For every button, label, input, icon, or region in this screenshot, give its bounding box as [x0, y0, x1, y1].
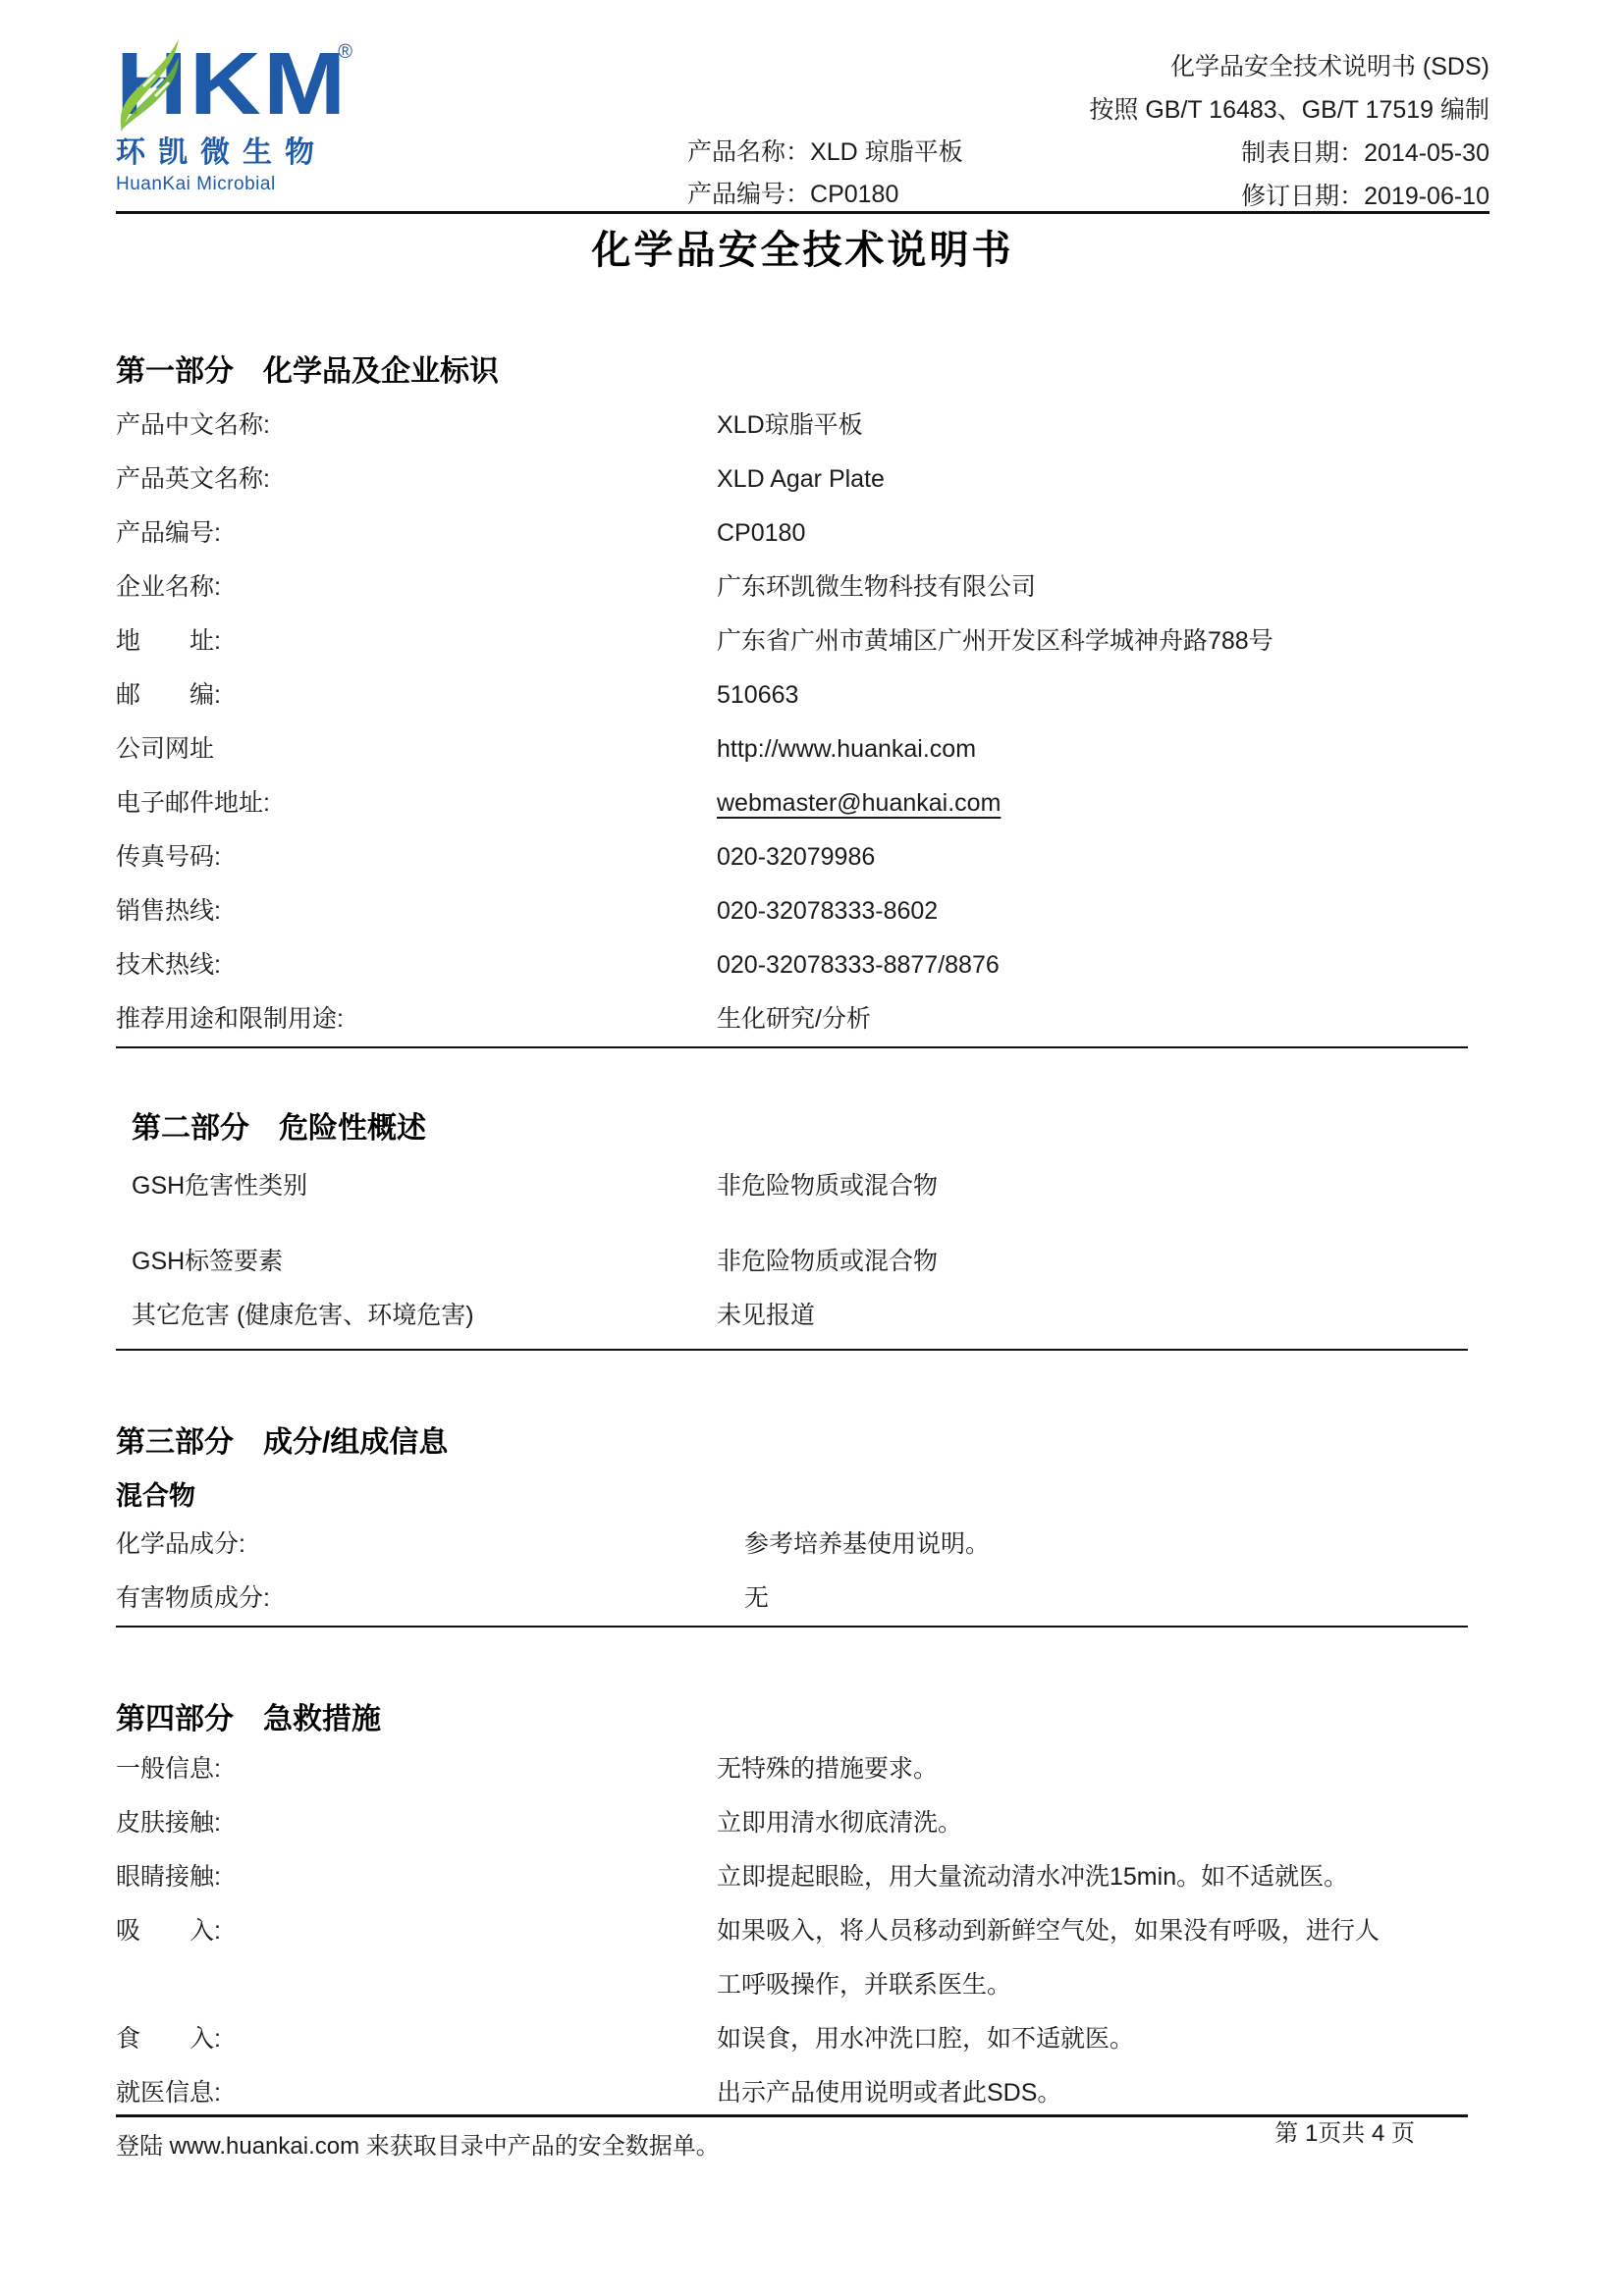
section-heading: 第二部分 危险性概述 [132, 1111, 1489, 1146]
website-link[interactable]: http://www.huankai.com [717, 722, 1489, 776]
field-label: 眼睛接触: [116, 1850, 717, 1904]
field-label: 产品英文名称: [116, 453, 717, 507]
field-label: 食 入: [116, 2012, 717, 2066]
field-label: 其它危害 (健康危害、环境危害) [132, 1289, 717, 1343]
logo-mark: HKM ® [116, 47, 323, 122]
page-title: 化学品安全技术说明书 [116, 228, 1489, 274]
field-value: 非危险物质或混合物 [717, 1235, 1489, 1289]
page-footer: 登陆 www.huankai.com 来获取目录中产品的安全数据单。 第 1页共… [116, 2114, 1489, 2161]
field-value: 020-32079986 [717, 830, 1489, 884]
section-rows: GSH危害性类别非危险物质或混合物 GSH标签要素非危险物质或混合物 其它危害 … [132, 1159, 1489, 1343]
registered-trademark-icon: ® [338, 41, 352, 64]
field-label: 吸 入: [116, 1904, 717, 1958]
company-logo: HKM ® 环凯微生物 HuanKai Microbial [116, 47, 430, 195]
field-value: CP0180 [717, 507, 1489, 561]
field-value: 生化研究/分析 [717, 992, 1489, 1046]
field-label: GSH标签要素 [132, 1235, 717, 1289]
field-row: 化学品成分:参考培养基使用说明。 [116, 1518, 1489, 1572]
field-row: 地 址:广东省广州市黄埔区广州开发区科学城神舟路788号 [116, 614, 1489, 668]
field-row: 公司网址http://www.huankai.com [116, 722, 1489, 776]
created-date-value: 2014-05-30 [1364, 139, 1489, 167]
field-label: 地 址: [116, 614, 717, 668]
field-label: GSH危害性类别 [132, 1159, 717, 1213]
field-label: 有害物质成分: [116, 1572, 744, 1626]
field-value: 非危险物质或混合物 [717, 1159, 1489, 1213]
field-value: XLD琼脂平板 [717, 399, 1489, 453]
field-value: 无特殊的措施要求。 [717, 1742, 1489, 1796]
field-value: 参考培养基使用说明。 [744, 1518, 1489, 1572]
section-identification: 第一部分 化学品及企业标识 产品中文名称:XLD琼脂平板 产品英文名称:XLD … [116, 354, 1489, 1048]
field-row: 销售热线:020-32078333-8602 [116, 884, 1489, 938]
field-value: 立即提起眼睑，用大量流动清水冲洗15min。如不适就医。 [717, 1850, 1489, 1904]
field-row: 其它危害 (健康危害、环境危害)未见报道 [132, 1289, 1489, 1343]
field-label: 皮肤接触: [116, 1796, 717, 1850]
doc-type: 化学品安全技术说明书 (SDS) [1089, 45, 1489, 88]
section-first-aid: 第四部分 急救措施 一般信息:无特殊的措施要求。 皮肤接触:立即用清水彻底清洗。… [116, 1702, 1489, 2120]
field-row: 眼睛接触:立即提起眼睑，用大量流动清水冲洗15min。如不适就医。 [116, 1850, 1489, 1904]
sds-page: HKM ® 环凯微生物 HuanKai Microbial 产品名称：XLD 琼… [0, 0, 1624, 2296]
field-label: 化学品成分: [116, 1518, 744, 1572]
section-hazards: 第二部分 危险性概述 GSH危害性类别非危险物质或混合物 GSH标签要素非危险物… [132, 1111, 1489, 1351]
section-subheading: 混合物 [116, 1481, 1489, 1512]
field-label: 推荐用途和限制用途: [116, 992, 717, 1046]
field-value: 如果吸入，将人员移动到新鲜空气处，如果没有呼吸，进行人 工呼吸操作，并联系医生。 [717, 1904, 1489, 2012]
field-value: 如误食，用水冲洗口腔，如不适就医。 [717, 2012, 1489, 2066]
header-product-block: 产品名称：XLD 琼脂平板 产品编号：CP0180 [687, 132, 963, 216]
field-label: 一般信息: [116, 1742, 717, 1796]
section-heading: 第四部分 急救措施 [116, 1702, 1489, 1736]
header-product-code: 产品编号：CP0180 [687, 174, 963, 216]
field-row: 吸 入:如果吸入，将人员移动到新鲜空气处，如果没有呼吸，进行人 工呼吸操作，并联… [116, 1904, 1489, 2012]
field-row: 食 入:如误食，用水冲洗口腔，如不适就医。 [116, 2012, 1489, 2066]
field-value: 未见报道 [717, 1289, 1489, 1343]
field-row: 企业名称:广东环凯微生物科技有限公司 [116, 561, 1489, 614]
field-row: GSH标签要素非危险物质或混合物 [132, 1235, 1489, 1289]
header-product-name: 产品名称：XLD 琼脂平板 [687, 132, 963, 174]
field-label: 传真号码: [116, 830, 717, 884]
product-code-label: 产品编号： [687, 181, 810, 208]
field-label: 公司网址 [116, 722, 717, 776]
field-label: 电子邮件地址: [116, 776, 717, 830]
field-label: 产品编号: [116, 507, 717, 561]
created-date-line: 制表日期：2014-05-30 [1089, 132, 1489, 175]
field-row: 传真号码:020-32079986 [116, 830, 1489, 884]
field-row: 一般信息:无特殊的措施要求。 [116, 1742, 1489, 1796]
section-divider [116, 1349, 1468, 1351]
field-row: 推荐用途和限制用途:生化研究/分析 [116, 992, 1489, 1046]
page-header: HKM ® 环凯微生物 HuanKai Microbial 产品名称：XLD 琼… [116, 37, 1489, 211]
field-row: 产品英文名称:XLD Agar Plate [116, 453, 1489, 507]
section-heading: 第三部分 成分/组成信息 [116, 1425, 1489, 1460]
product-name-value: XLD 琼脂平板 [810, 138, 963, 166]
field-value: 无 [744, 1572, 1489, 1626]
email-link[interactable]: webmaster@huankai.com [717, 776, 1001, 830]
field-value: 出示产品使用说明或者此SDS。 [717, 2066, 1489, 2120]
field-label: 企业名称: [116, 561, 717, 614]
field-value: 020-32078333-8877/8876 [717, 938, 1489, 992]
header-meta-block: 化学品安全技术说明书 (SDS) 按照 GB/T 16483、GB/T 1751… [1089, 45, 1489, 218]
field-row: 就医信息:出示产品使用说明或者此SDS。 [116, 2066, 1489, 2120]
field-label: 就医信息: [116, 2066, 717, 2120]
field-row: 产品中文名称:XLD琼脂平板 [116, 399, 1489, 453]
created-date-label: 制表日期： [1241, 139, 1364, 167]
section-heading: 第一部分 化学品及企业标识 [116, 354, 1489, 389]
section-composition: 第三部分 成分/组成信息 混合物 化学品成分:参考培养基使用说明。 有害物质成分… [116, 1425, 1489, 1628]
section-rows: 化学品成分:参考培养基使用说明。 有害物质成分:无 [116, 1518, 1489, 1626]
field-row: 产品编号:CP0180 [116, 507, 1489, 561]
section-divider [116, 1046, 1468, 1048]
field-row: 技术热线:020-32078333-8877/8876 [116, 938, 1489, 992]
footer-body: 登陆 www.huankai.com 来获取目录中产品的安全数据单。 第 1页共… [116, 2117, 1489, 2161]
field-row: 有害物质成分:无 [116, 1572, 1489, 1626]
field-value: XLD Agar Plate [717, 453, 1489, 507]
section-divider [116, 1626, 1468, 1628]
section-rows: 一般信息:无特殊的措施要求。 皮肤接触:立即用清水彻底清洗。 眼睛接触:立即提起… [116, 1742, 1489, 2120]
field-row: 皮肤接触:立即用清水彻底清洗。 [116, 1796, 1489, 1850]
field-value: 510663 [717, 668, 1489, 722]
field-value: 020-32078333-8602 [717, 884, 1489, 938]
product-name-label: 产品名称： [687, 138, 810, 166]
field-row: GSH危害性类别非危险物质或混合物 [132, 1159, 1489, 1213]
company-name-cn: 环凯微生物 [116, 128, 430, 171]
company-name-en: HuanKai Microbial [116, 174, 430, 195]
field-value: 广东省广州市黄埔区广州开发区科学城神舟路788号 [717, 614, 1489, 668]
page-number: 第 1页共 4 页 [1274, 2120, 1415, 2148]
field-label: 销售热线: [116, 884, 717, 938]
footer-note-link[interactable]: 登陆 www.huankai.com 来获取目录中产品的安全数据单。 [116, 2133, 720, 2161]
revised-date-label: 修订日期： [1241, 183, 1364, 210]
standard-note: 按照 GB/T 16483、GB/T 17519 编制 [1089, 88, 1489, 132]
field-label: 技术热线: [116, 938, 717, 992]
field-value: 广东环凯微生物科技有限公司 [717, 561, 1489, 614]
section-rows: 产品中文名称:XLD琼脂平板 产品英文名称:XLD Agar Plate 产品编… [116, 399, 1489, 1046]
product-code-value: CP0180 [810, 181, 898, 208]
field-label: 产品中文名称: [116, 399, 717, 453]
field-value: 立即用清水彻底清洗。 [717, 1796, 1489, 1850]
revised-date-line: 修订日期：2019-06-10 [1089, 175, 1489, 218]
field-label: 邮 编: [116, 668, 717, 722]
logo-brand-text: HKM [116, 47, 348, 122]
field-row: 邮 编:510663 [116, 668, 1489, 722]
field-row: 电子邮件地址:webmaster@huankai.com [116, 776, 1489, 830]
revised-date-value: 2019-06-10 [1364, 183, 1489, 210]
